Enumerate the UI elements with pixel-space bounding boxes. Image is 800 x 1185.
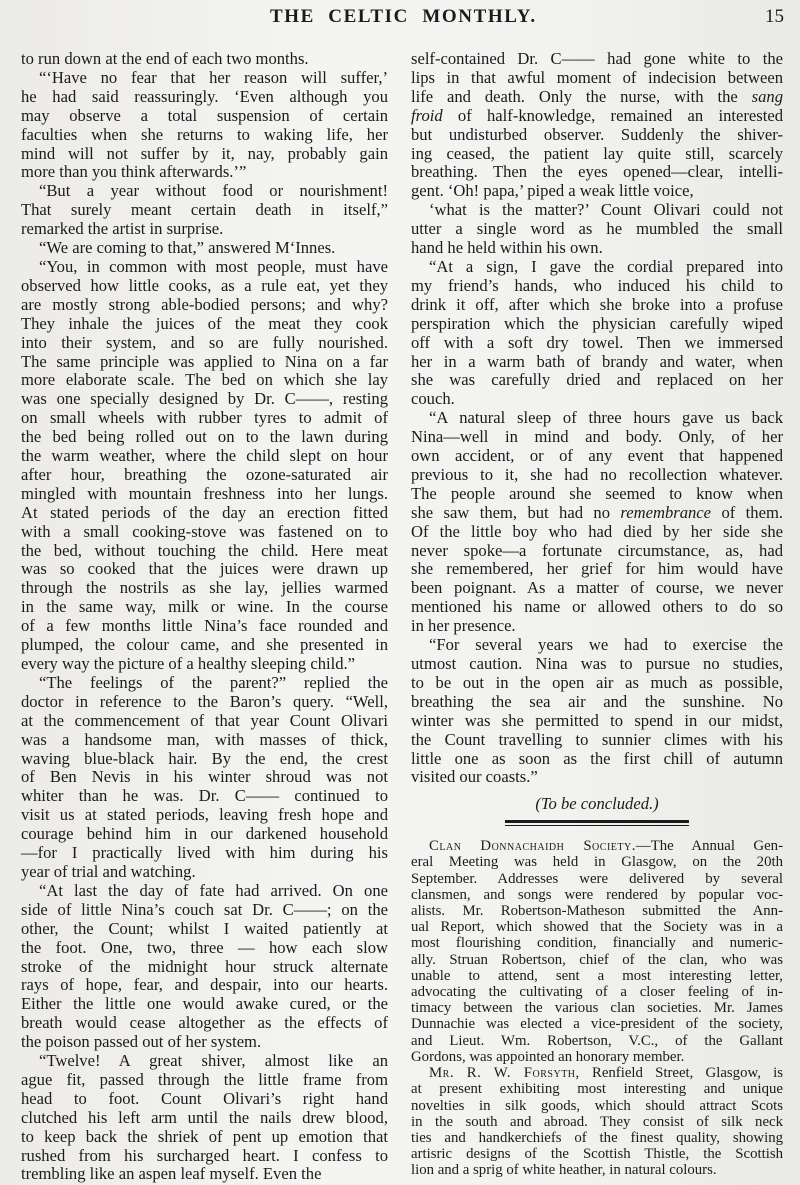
text-line: ual Report, which showed that the Societ…	[411, 919, 783, 935]
text-line: “The feelings of the parent?” replied th…	[21, 674, 388, 693]
text-line: visit us at stated periods, leaving fres…	[21, 806, 388, 825]
text-line: been poignant. As a matter of course, we…	[411, 579, 783, 598]
text-line: Mr. R. W. Forsyth, Renfield Street, Glas…	[411, 1065, 783, 1081]
text-line: “For several years we had to exercise th…	[411, 636, 783, 655]
text-line: after hour, breathing the ozone-saturate…	[21, 466, 388, 485]
text-line: ally. Struan Robertson, chief of the cla…	[411, 952, 783, 968]
text-line: own accident, or of any event that happe…	[411, 447, 783, 466]
text-line: stroke of the midnight hour struck alter…	[21, 958, 388, 977]
running-header: THE CELTIC MONTHLY. 15	[0, 6, 800, 30]
text-line: breathing the sea air and the sunshine. …	[411, 693, 783, 712]
text-line: advocating the cultivating of a closer f…	[411, 984, 783, 1000]
text-line: the bed, without touching the child. Her…	[21, 542, 388, 561]
text-line: the Count travelling to sunnier climes w…	[411, 731, 783, 750]
text-line: “A natural sleep of three hours gave us …	[411, 409, 783, 428]
text-line: was one specially designed by Dr. C——, r…	[21, 390, 388, 409]
text-line: clutched his left arm until the nails dr…	[21, 1109, 388, 1128]
text-line: artisric designs of the Scottish Thistle…	[411, 1146, 783, 1162]
text-line: ties and handkerchiefs of the finest qua…	[411, 1130, 783, 1146]
text-line: They inhale the juices of the meat they …	[21, 315, 388, 334]
text-line: may observe a total suspension of certai…	[21, 107, 388, 126]
text-line: in her presence.	[411, 617, 783, 636]
text-line: timacy between the various clan societie…	[411, 1000, 783, 1016]
text-line: never spoke—a fortunate circumstance, as…	[411, 542, 783, 561]
text-line: in the same way, milk or wine. In the co…	[21, 598, 388, 617]
text-line: “You, in common with most people, must h…	[21, 258, 388, 277]
note-text: Renfield Street, Glasgow, is	[580, 1065, 783, 1081]
story-continuation: self-contained Dr. C—— had gone white to…	[411, 50, 783, 787]
text-line: hand he held within his own.	[411, 239, 783, 258]
text-line: mind will not suffer by it, nay, probabl…	[21, 145, 388, 164]
text-line: Clan Donnachaidh Society.—The Annual Gen…	[411, 838, 783, 854]
text-line: was a handsome man, with masses of thick…	[21, 731, 388, 750]
text-line: “Twelve! A great shiver, almost like an	[21, 1052, 388, 1071]
text-line: the poison passed out of her system.	[21, 1033, 388, 1052]
text-line: —for I practically lived with him during…	[21, 844, 388, 863]
note-text: —The Annual Gen-	[636, 838, 783, 854]
text-line: unable to attend, sent a most interestin…	[411, 968, 783, 984]
text-line: other, the Count; whilst I waited patien…	[21, 920, 388, 939]
text-line: on small wheels with rubber tyres to adm…	[21, 409, 388, 428]
text-line: the warm weather, where the child slept …	[21, 447, 388, 466]
text-line: Dunnachie was elected a vice-president o…	[411, 1016, 783, 1032]
text-line: courage behind him in our darkened house…	[21, 825, 388, 844]
text-line: trembling like an aspen leaf myself. Eve…	[21, 1165, 388, 1184]
text-line: ague fit, passed through the little fram…	[21, 1071, 388, 1090]
text-line: mingled with mountain freshness into her…	[21, 485, 388, 504]
text-line: mentioned his name or allowed others to …	[411, 598, 783, 617]
text-line: The same principle was applied to Nina o…	[21, 353, 388, 372]
text-line: life and death. Only the nurse, with the…	[411, 88, 783, 107]
text-line: That surely meant certain death in itsel…	[21, 201, 388, 220]
text-line: she remembered, her grief for him would …	[411, 560, 783, 579]
text-line: with a small cooking-stove was fastened …	[21, 523, 388, 542]
text-line: breath would cease altogether as the eff…	[21, 1014, 388, 1033]
text-line: winter was she permitted to spend in our…	[411, 712, 783, 731]
text-line: of a few months little Nina’s face round…	[21, 617, 388, 636]
right-column: self-contained Dr. C—— had gone white to…	[411, 50, 783, 1179]
text-line: year of trial and watching.	[21, 863, 388, 882]
text-line: the foot. One, two, three — how each slo…	[21, 939, 388, 958]
text-line: but undisturbed observer. Suddenly the s…	[411, 126, 783, 145]
text-line: more than you think afterwards.’”	[21, 163, 388, 182]
text-line: every way the picture of a healthy sleep…	[21, 655, 388, 674]
magazine-page: THE CELTIC MONTHLY. 15 to run down at th…	[0, 0, 800, 1185]
text-line: was so cooked that the juices were drawn…	[21, 560, 388, 579]
text-line: at present exhibiting most interesting a…	[411, 1081, 783, 1097]
text-line: “But a year without food or nourishment!	[21, 182, 388, 201]
text-line: side of little Nina’s couch sat Dr. C——;…	[21, 901, 388, 920]
text-line: previous to it, she had no recollection …	[411, 466, 783, 485]
publication-title: THE CELTIC MONTHLY.	[270, 6, 537, 28]
text-line: rays of hope, fear, and despair, into ou…	[21, 976, 388, 995]
text-line: “‘Have no fear that her reason will suff…	[21, 69, 388, 88]
text-line: lion and a sprig of white heather, in na…	[411, 1162, 783, 1178]
news-note: Clan Donnachaidh Society.—The Annual Gen…	[411, 838, 783, 1065]
text-line: of Ben Nevis in his winter shroud was no…	[21, 768, 388, 787]
left-column: to run down at the end of each two month…	[21, 50, 388, 1184]
note-heading: Clan Donnachaidh Society.	[429, 838, 636, 854]
text-line: Of the little boy who had died by her si…	[411, 523, 783, 542]
text-line: and Lieut. Wm. Robertson, V.C., of the G…	[411, 1033, 783, 1049]
text-line: through the nostrils as she lay, jellies…	[21, 579, 388, 598]
text-line: waving blue-black hair. By the end, the …	[21, 750, 388, 769]
text-line: she saw them, but had no remembrance of …	[411, 504, 783, 523]
text-line: froid of half-knowledge, remained an int…	[411, 107, 783, 126]
text-line: observed how little cooks, as a rule eat…	[21, 277, 388, 296]
text-line: Gordons, was appointed an honorary membe…	[411, 1049, 783, 1065]
text-line: to run down at the end of each two month…	[21, 50, 388, 69]
text-line: “At last the day of fate had arrived. On…	[21, 882, 388, 901]
text-line: the bed being rolled out on to the lawn …	[21, 428, 388, 447]
text-line: at the commencement of that year Count O…	[21, 712, 388, 731]
text-line: novelties in silk goods, which should at…	[411, 1098, 783, 1114]
to-be-concluded-note: (To be concluded.)	[411, 795, 783, 814]
text-line: Either the little one would awake cured,…	[21, 995, 388, 1014]
text-line: her in a warm bath of brandy and water, …	[411, 353, 783, 372]
text-line: off with a soft dry towel. Then we immer…	[411, 334, 783, 353]
text-line: in the south and abroad. They consist of…	[411, 1114, 783, 1130]
text-line: self-contained Dr. C—— had gone white to…	[411, 50, 783, 69]
text-line: drink it off, after which she broke into…	[411, 296, 783, 315]
news-note: Mr. R. W. Forsyth, Renfield Street, Glas…	[411, 1065, 783, 1178]
text-line: alists. Mr. Robertson-Matheson submitted…	[411, 903, 783, 919]
text-line: she was carefully dried and replaced on …	[411, 371, 783, 390]
text-line: ing ceased, the patient lay quite still,…	[411, 145, 783, 164]
text-line: whiter than he was. Dr. C—— continued to	[21, 787, 388, 806]
text-line: faculties when she returns to waking lif…	[21, 126, 388, 145]
text-line: “We are coming to that,” answered M‘Inne…	[21, 239, 388, 258]
text-line: utter a single word as he mumbled the sm…	[411, 220, 783, 239]
text-line: clansmen, and songs were rendered by pop…	[411, 887, 783, 903]
text-line: to be out in the open air as much as pos…	[411, 674, 783, 693]
text-line: into their system, and so are fully nour…	[21, 334, 388, 353]
text-line: remarked the artist in surprise.	[21, 220, 388, 239]
text-line: to keep back the shriek of pent up emoti…	[21, 1128, 388, 1147]
text-line: utmost caution. Nina was to pursue no st…	[411, 655, 783, 674]
text-line: Nina—well in mind and body. Only, of her	[411, 428, 783, 447]
text-line: visited our coasts.”	[411, 768, 783, 787]
text-line: September. Addresses were delivered by s…	[411, 871, 783, 887]
text-line: ‘what is the matter?’ Count Olivari coul…	[411, 201, 783, 220]
text-line: my friend’s hands, who induced his child…	[411, 277, 783, 296]
text-line: he had said reassuringly. ‘Even although…	[21, 88, 388, 107]
section-divider	[505, 820, 689, 826]
text-line: couch.	[411, 390, 783, 409]
text-line: At stated periods of the day an erection…	[21, 504, 388, 523]
text-line: head to foot. Count Olivari’s right hand	[21, 1090, 388, 1109]
text-line: “At a sign, I gave the cordial prepared …	[411, 258, 783, 277]
text-line: doctor in reference to the Baron’s query…	[21, 693, 388, 712]
text-line: plumped, the colour came, and she presen…	[21, 636, 388, 655]
text-line: lips in that awful moment of indecision …	[411, 69, 783, 88]
text-line: perspiration which the physician careful…	[411, 315, 783, 334]
text-line: rushed from his surcharged heart. I conf…	[21, 1147, 388, 1166]
text-line: are mostly strong able-bodied persons; a…	[21, 296, 388, 315]
text-line: eral Meeting was held in Glasgow, on the…	[411, 854, 783, 870]
text-line: The people around she seemed to know whe…	[411, 485, 783, 504]
text-line: more elaborate scale. The bed on which s…	[21, 371, 388, 390]
text-line: breathing. Then the eyes opened—clear, i…	[411, 163, 783, 182]
text-line: gent. ‘Oh! papa,’ piped a weak little vo…	[411, 182, 783, 201]
page-number: 15	[765, 6, 784, 28]
text-line: most flourishing condition, financially …	[411, 935, 783, 951]
text-line: little one as soon as the first chill of…	[411, 750, 783, 769]
news-notes: Clan Donnachaidh Society.—The Annual Gen…	[411, 838, 783, 1178]
note-heading: Mr. R. W. Forsyth,	[429, 1065, 580, 1081]
